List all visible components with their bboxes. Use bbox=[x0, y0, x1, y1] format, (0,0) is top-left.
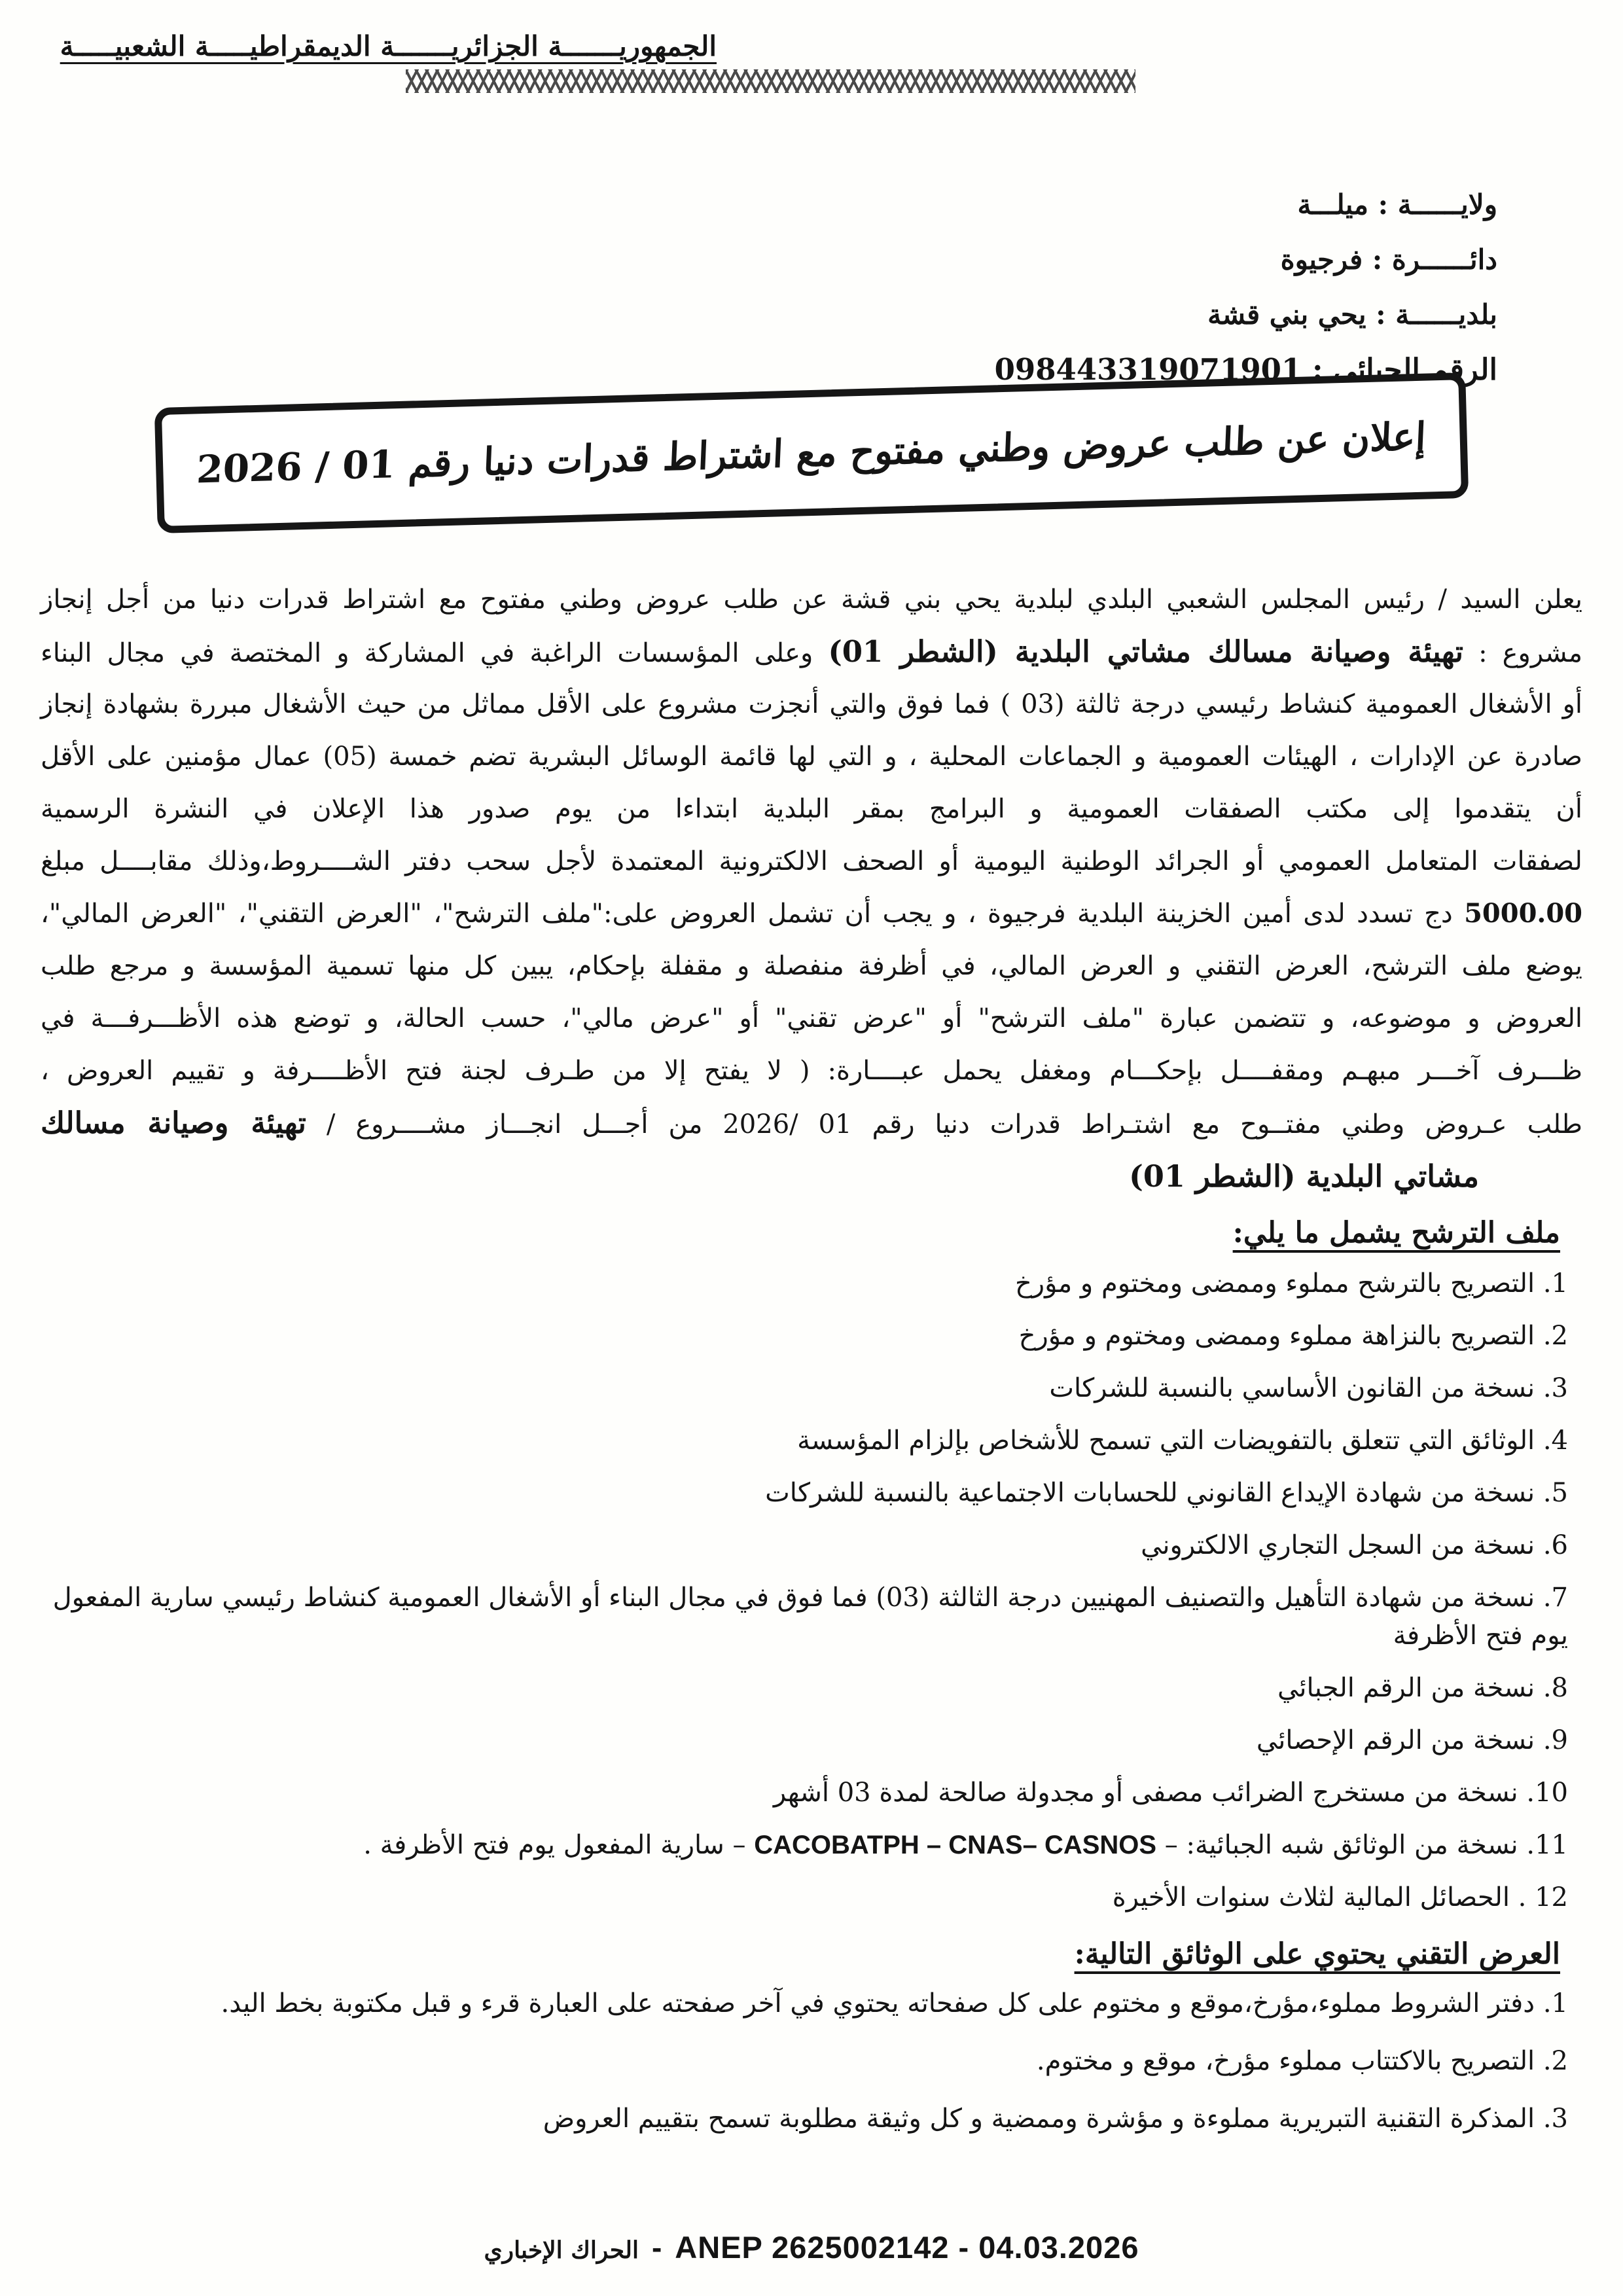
anep-reference: ANEP 2625002142 - 04.03.2026 bbox=[675, 2229, 1139, 2265]
body-line: العروض و موضوعه، و تتضمن عبارة "ملف التر… bbox=[41, 992, 1582, 1045]
body-line: ظـــرف آخـــر مبهـم ومقفــــل بإحكـــام … bbox=[41, 1045, 1582, 1097]
tender-title-banner: إعلان عن طلب عروض وطني مفتوح مع اشتراط ق… bbox=[154, 372, 1469, 533]
body-line: يعلن السيد / رئيس المجلس الشعبي البلدي ل… bbox=[41, 573, 1582, 626]
list-item: 12 . الحصائل المالية لثلاث سنوات الأخيرة bbox=[45, 1878, 1568, 1916]
daira-line: دائــــــرة : فرجيوة bbox=[995, 243, 1497, 276]
list-item: 3. المذكرة التقنية التبريرية مملوءة و مؤ… bbox=[45, 2100, 1568, 2138]
body-text: دج تسدد لدى أمين الخزينة البلدية فرجيوة … bbox=[41, 899, 1464, 929]
list-item: 7. نسخة من شهادة التأهيل والتصنيف المهني… bbox=[45, 1579, 1568, 1655]
announcement-body: يعلن السيد / رئيس المجلس الشعبي البلدي ل… bbox=[41, 573, 1582, 2157]
candidacy-file-heading: ملف الترشح يشمل ما يلي: bbox=[41, 1213, 1560, 1253]
body-line: لصفقات المتعامل العمومي أو الجرائد الوطن… bbox=[41, 835, 1582, 888]
list-item-parafiscal: 11. نسخة من الوثائق شبه الجبائية: – CACO… bbox=[45, 1826, 1568, 1864]
body-line: أن يتقدموا إلى مكتب الصفقات العمومية و ا… bbox=[41, 783, 1582, 835]
list-item: 2. التصريح بالاكتتاب مملوء مؤرخ، موقع و … bbox=[45, 2042, 1568, 2080]
list-item: 1. دفتر الشروط مملوء،مؤرخ،موقع و مختوم ع… bbox=[45, 1984, 1568, 2022]
tender-title: إعلان عن طلب عروض وطني مفتوح مع اشتراط ق… bbox=[196, 414, 1427, 492]
footer-separator: - bbox=[652, 2230, 662, 2265]
commune-line: بلديــــــة : يحي بني قشة bbox=[995, 298, 1497, 331]
list-item: 9. نسخة من الرقم الإحصائي bbox=[45, 1721, 1568, 1759]
list-item: 8. نسخة من الرقم الجبائي bbox=[45, 1669, 1568, 1707]
anep-footer: الحراك الإخباري - ANEP 2625002142 - 04.0… bbox=[0, 2229, 1623, 2265]
decorative-zigzag-divider bbox=[406, 69, 1135, 93]
project-name-continuation: مشاتي البلدية (الشطر 01) bbox=[41, 1155, 1479, 1198]
body-text: وعلى المؤسسات الراغبة في المشاركة و المخ… bbox=[41, 638, 828, 668]
body-line: يوضع ملف الترشح، العرض التقني و العرض ال… bbox=[41, 940, 1582, 992]
publication-source: الحراك الإخباري bbox=[484, 2236, 639, 2264]
technical-document-list: 1. دفتر الشروط مملوء،مؤرخ،موقع و مختوم ع… bbox=[41, 1984, 1582, 2138]
list-item: 5. نسخة من شهادة الإيداع القانوني للحساب… bbox=[45, 1474, 1568, 1512]
project-name-bold: تهيئة وصيانة مسالك bbox=[41, 1105, 306, 1140]
body-line: مشروع : تهيئة وصيانة مسالك مشاتي البلدية… bbox=[41, 626, 1582, 678]
technical-offer-heading: العرض التقني يحتوي على الوثائق التالية: bbox=[41, 1935, 1560, 1974]
list-item: 10. نسخة من مستخرج الضرائب مصفى أو مجدول… bbox=[45, 1774, 1568, 1812]
wilaya-line: ولايــــــة : ميلـــة bbox=[995, 188, 1497, 221]
body-text: طلب عـروض وطني مفتــوح مع اشتـراط قدرات … bbox=[306, 1109, 1582, 1139]
list-item: 6. نسخة من السجل التجاري الالكتروني bbox=[45, 1526, 1568, 1564]
list-item: 4. الوثائق التي تتعلق بالتفويضات التي تس… bbox=[45, 1422, 1568, 1460]
republic-header: الجمهوريـــــــة الجزائريـــــــة الديمق… bbox=[187, 30, 717, 62]
fee-amount: 5000.00 bbox=[1464, 898, 1582, 929]
list-item: 3. نسخة من القانون الأساسي بالنسبة للشرك… bbox=[45, 1369, 1568, 1407]
body-line: أو الأشغال العمومية كنشاط رئيسي درجة ثال… bbox=[41, 678, 1582, 730]
list-item: 1. التصريح بالترشح مملوء وممضى ومختوم و … bbox=[45, 1265, 1568, 1302]
body-line: طلب عـروض وطني مفتــوح مع اشتـراط قدرات … bbox=[41, 1097, 1582, 1149]
scanned-tender-announcement-page: الجمهوريـــــــة الجزائريـــــــة الديمق… bbox=[0, 0, 1623, 2296]
body-line: صادرة عن الإدارات ، الهيئات العمومية و ا… bbox=[41, 730, 1582, 783]
item-text: – سارية المفعول يوم فتح الأظرفة . bbox=[363, 1830, 754, 1860]
candidacy-document-list: 1. التصريح بالترشح مملوء وممضى ومختوم و … bbox=[41, 1265, 1582, 1916]
item-text: 11. نسخة من الوثائق شبه الجبائية: – bbox=[1156, 1830, 1568, 1860]
project-name-bold: تهيئة وصيانة مسالك مشاتي البلدية (الشطر … bbox=[828, 634, 1463, 669]
list-item: 2. التصريح بالنزاهة مملوء وممضى ومختوم و… bbox=[45, 1317, 1568, 1355]
body-text: مشروع : bbox=[1463, 638, 1582, 668]
social-funds-names: CACOBATPH – CNAS– CASNOS bbox=[754, 1831, 1156, 1859]
body-line: 5000.00 دج تسدد لدى أمين الخزينة البلدية… bbox=[41, 888, 1582, 940]
